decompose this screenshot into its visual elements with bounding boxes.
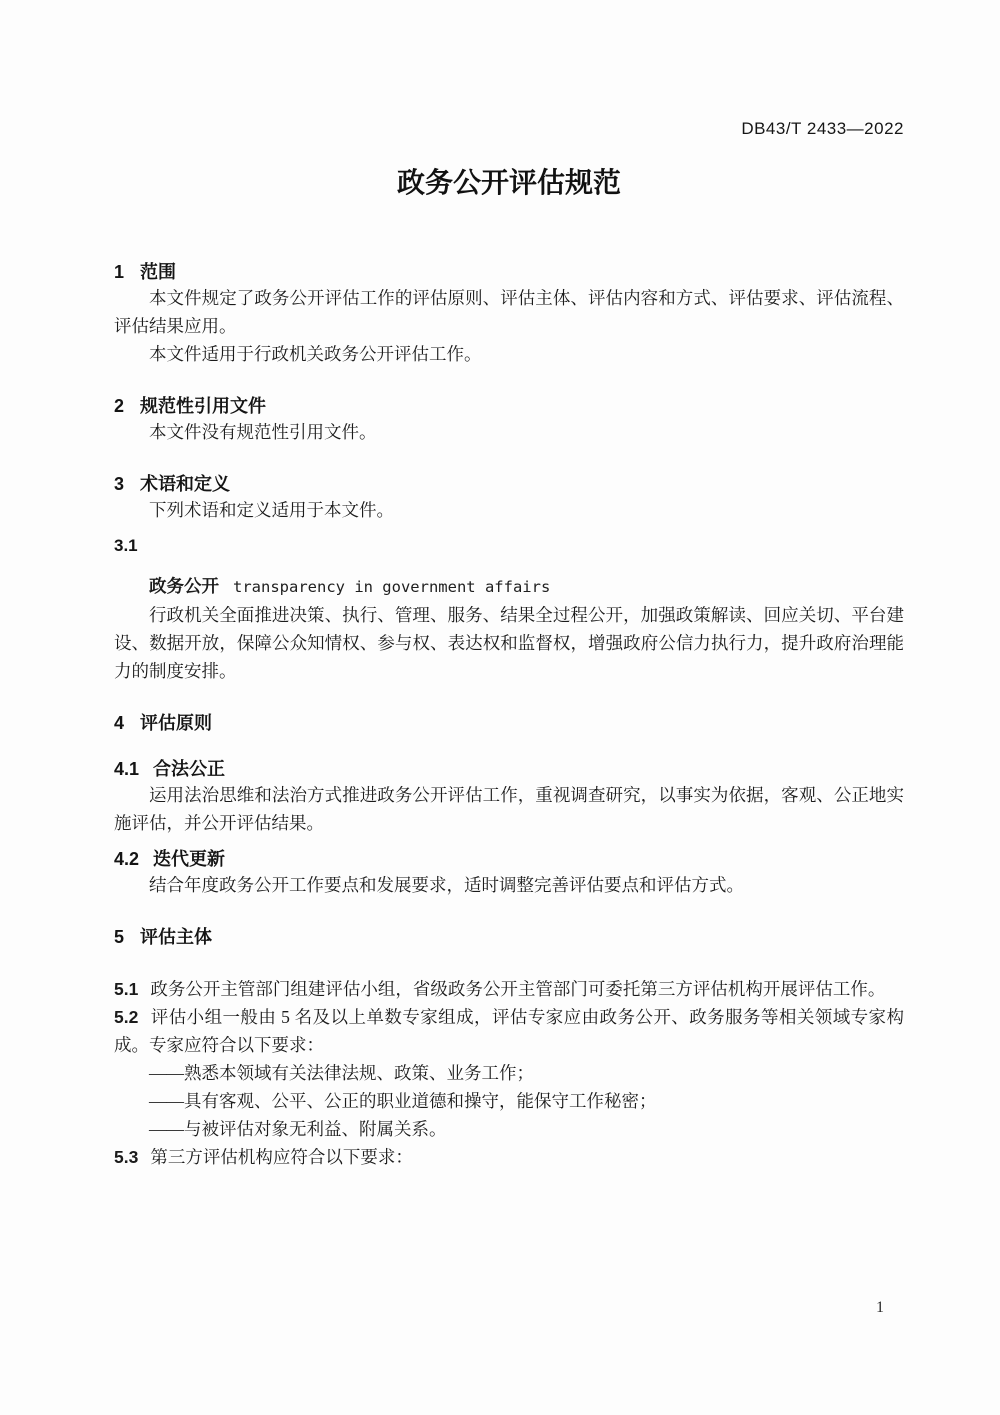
section-heading-4: 4评估原则 [114, 711, 904, 735]
subsection-label: 迭代更新 [153, 849, 225, 869]
section-number: 2 [114, 394, 124, 418]
term-english: transparency in government affairs [233, 578, 550, 596]
paragraph: 本文件适用于行政机关政务公开评估工作。 [114, 340, 904, 368]
section-label: 术语和定义 [140, 474, 230, 494]
term-line: 政务公开transparency in government affairs [114, 572, 904, 601]
clause-number: 5.2 [114, 1007, 138, 1027]
section-heading-3: 3术语和定义 [114, 472, 904, 496]
clause-5-1: 5.1政务公开主管部门组建评估小组，省级政务公开主管部门可委托第三方评估机构开展… [114, 975, 904, 1003]
clause-number: 5.1 [114, 979, 138, 999]
clause-text: 政务公开主管部门组建评估小组，省级政务公开主管部门可委托第三方评估机构开展评估工… [150, 979, 885, 999]
paragraph: 下列术语和定义适用于本文件。 [114, 496, 904, 524]
subsection-number: 4.1 [114, 757, 139, 781]
section-label: 评估主体 [140, 927, 212, 947]
section-number: 1 [114, 260, 124, 284]
subsection-label: 合法公正 [153, 759, 225, 779]
subsection-number: 4.2 [114, 847, 139, 871]
document-page: DB43/T 2433—2022 政务公开评估规范 1范围 本文件规定了政务公开… [0, 0, 1000, 1415]
dash-item: ——与被评估对象无利益、附属关系。 [114, 1115, 904, 1143]
paragraph: 本文件没有规范性引用文件。 [114, 418, 904, 446]
paragraph: 结合年度政务公开工作要点和发展要求，适时调整完善评估要点和评估方式。 [114, 871, 904, 899]
clause-number: 5.3 [114, 1147, 138, 1167]
section-label: 范围 [140, 262, 176, 282]
section-heading-1: 1范围 [114, 260, 904, 284]
section-number: 3 [114, 472, 124, 496]
page-title: 政务公开评估规范 [114, 162, 904, 204]
paragraph: 运用法治思维和法治方式推进政务公开评估工作，重视调查研究，以事实为依据，客观、公… [114, 781, 904, 837]
section-5-body: 5.1政务公开主管部门组建评估小组，省级政务公开主管部门可委托第三方评估机构开展… [114, 975, 904, 1171]
term-number: 3.1 [114, 534, 904, 558]
clause-text: 第三方评估机构应符合以下要求： [150, 1147, 413, 1167]
section-label: 规范性引用文件 [140, 396, 266, 416]
clause-5-2: 5.2评估小组一般由 5 名及以上单数专家组成，评估专家应由政务公开、政务服务等… [114, 1003, 904, 1059]
clause-text: 评估小组一般由 5 名及以上单数专家组成，评估专家应由政务公开、政务服务等相关领… [114, 1007, 904, 1055]
page-number: 1 [876, 1296, 884, 1320]
section-label: 评估原则 [140, 713, 212, 733]
section-number: 4 [114, 711, 124, 735]
subsection-heading-4-2: 4.2迭代更新 [114, 847, 904, 871]
section-number: 5 [114, 925, 124, 949]
paragraph: 行政机关全面推进决策、执行、管理、服务、结果全过程公开，加强政策解读、回应关切、… [114, 601, 904, 685]
paragraph: 本文件规定了政务公开评估工作的评估原则、评估主体、评估内容和方式、评估要求、评估… [114, 284, 904, 340]
term-chinese: 政务公开 [149, 576, 219, 596]
section-heading-5: 5评估主体 [114, 925, 904, 949]
subsection-heading-4-1: 4.1合法公正 [114, 757, 904, 781]
doc-code: DB43/T 2433—2022 [114, 118, 904, 140]
dash-item: ——熟悉本领域有关法律法规、政策、业务工作； [114, 1059, 904, 1087]
section-heading-2: 2规范性引用文件 [114, 394, 904, 418]
clause-5-3: 5.3第三方评估机构应符合以下要求： [114, 1143, 904, 1171]
dash-item: ——具有客观、公平、公正的职业道德和操守，能保守工作秘密； [114, 1087, 904, 1115]
